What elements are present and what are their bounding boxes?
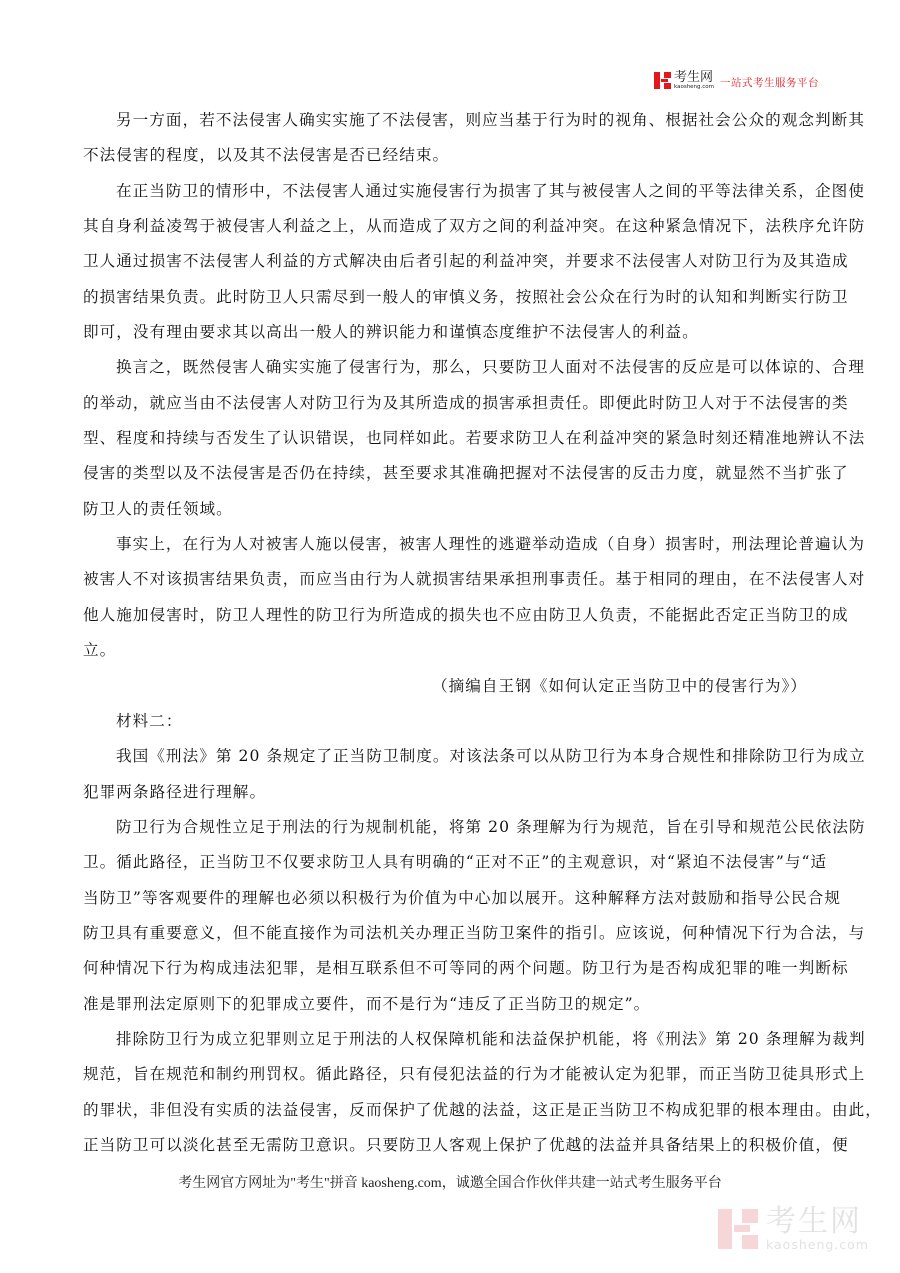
- text-line: 他人施加侵害时，防卫人理性的防卫行为所造成的损失也不应由防卫人负责，不能据此否定…: [83, 602, 823, 637]
- text-line: 型、程度和持续与否发生了认识错误，也同样如此。若要求防卫人在利益冲突的紧急时刻还…: [83, 425, 823, 460]
- text-line: 不法侵害的程度，以及其不法侵害是否已经结束。: [83, 142, 823, 177]
- text-line: 防卫具有重要意义，但不能直接作为司法机关办理正当防卫案件的指引。应该说，何种情况…: [83, 920, 823, 955]
- text-line: 当防卫”等客观要件的理解也必须以积极行为价值为中心加以展开。这种解释方法对鼓励和…: [83, 885, 823, 920]
- text-line: 事实上，在行为人对被害人施以侵害，被害人理性的逃避举动造成（自身）损害时，刑法理…: [83, 531, 823, 566]
- text-line: 排除防卫行为成立犯罪则立足于刑法的人权保障机能和法益保护机能，将《刑法》第 20…: [83, 1026, 823, 1061]
- page-footer: 考生网官方网址为"考生"拼音 kaosheng.com，诚邀全国合作伙伴共建一站…: [0, 1172, 900, 1192]
- header-logo: 考生网 kaosheng.com 一站式考生服务平台: [654, 71, 819, 91]
- text-line: 的举动，就应当由不法侵害人对防卫行为及其所造成的损害承担责任。即便此时防卫人对于…: [83, 390, 823, 425]
- text-line: 正当防卫可以淡化甚至无需防卫意识。只要防卫人客观上保护了优越的法益并具备结果上的…: [83, 1132, 823, 1167]
- text-line: 卫人通过损害不法侵害人利益的方式解决由后者引起的利益冲突，并要求不法侵害人对防卫…: [83, 248, 823, 283]
- text-line: 我国《刑法》第 20 条规定了正当防卫制度。对该法条可以从防卫行为本身合规性和排…: [83, 743, 823, 778]
- watermark-logo: 考生网 kaosheng.com: [718, 1207, 869, 1252]
- kaosheng-logo-icon: [654, 72, 671, 89]
- header-slogan: 一站式考生服务平台: [720, 75, 819, 90]
- document-body: 另一方面，若不法侵害人确实实施了不法侵害，则应当基于行为时的视角、根据社会公众的…: [83, 107, 823, 1167]
- text-line: 换言之，既然侵害人确实实施了侵害行为，那么，只要防卫人面对不法侵害的反应是可以体…: [83, 354, 823, 389]
- watermark-cn-text: 考生网: [766, 1207, 869, 1237]
- text-line: 卫。循此路径，正当防卫不仅要求防卫人具有明确的“正对不正”的主观意识，对“紧迫不…: [83, 849, 823, 884]
- text-line: 防卫行为合规性立足于刑法的行为规制机能，将第 20 条理解为行为规范，旨在引导和…: [83, 814, 823, 849]
- logo-en-text: kaosheng.com: [674, 85, 714, 91]
- citation-line: （摘编自王钢《如何认定正当防卫中的侵害行为》）: [83, 673, 823, 708]
- logo-cn-text: 考生网: [674, 71, 714, 84]
- text-line: 的罪状，非但没有实质的法益侵害，反而保护了优越的法益，这正是正当防卫不构成犯罪的…: [83, 1097, 823, 1132]
- text-line: 准是罪刑法定原则下的犯罪成立要件，而不是行为“违反了正当防卫的规定”。: [83, 991, 823, 1026]
- text-line: 侵害的类型以及不法侵害是否仍在持续，甚至要求其准确把握对不法侵害的反击力度，就显…: [83, 460, 823, 495]
- text-line: 规范，旨在规范和制约刑罚权。循此路径，只有侵犯法益的行为才能被认定为犯罪，而正当…: [83, 1061, 823, 1096]
- section-heading: 材料二：: [83, 708, 823, 743]
- text-line: 防卫人的责任领域。: [83, 496, 823, 531]
- text-line: 即可，没有理由要求其以高出一般人的辨识能力和谨慎态度维护不法侵害人的利益。: [83, 319, 823, 354]
- text-line: 另一方面，若不法侵害人确实实施了不法侵害，则应当基于行为时的视角、根据社会公众的…: [83, 107, 823, 142]
- text-line: 何种情况下行为构成违法犯罪，是相互联系但不可等同的两个问题。防卫行为是否构成犯罪…: [83, 955, 823, 990]
- text-line: 立。: [83, 637, 823, 672]
- text-line: 在正当防卫的情形中，不法侵害人通过实施侵害行为损害了其与被侵害人之间的平等法律关…: [83, 178, 823, 213]
- text-line: 犯罪两条路径进行理解。: [83, 779, 823, 814]
- text-line: 的损害结果负责。此时防卫人只需尽到一般人的审慎义务，按照社会公众在行为时的认知和…: [83, 284, 823, 319]
- kaosheng-watermark-icon: [718, 1209, 758, 1249]
- watermark-en-text: kaosheng.com: [766, 1239, 869, 1252]
- text-line: 被害人不对该损害结果负责，而应当由行为人就损害结果承担刑事责任。基于相同的理由，…: [83, 566, 823, 601]
- text-line: 其自身利益凌驾于被侵害人利益之上，从而造成了双方之间的利益冲突。在这种紧急情况下…: [83, 213, 823, 248]
